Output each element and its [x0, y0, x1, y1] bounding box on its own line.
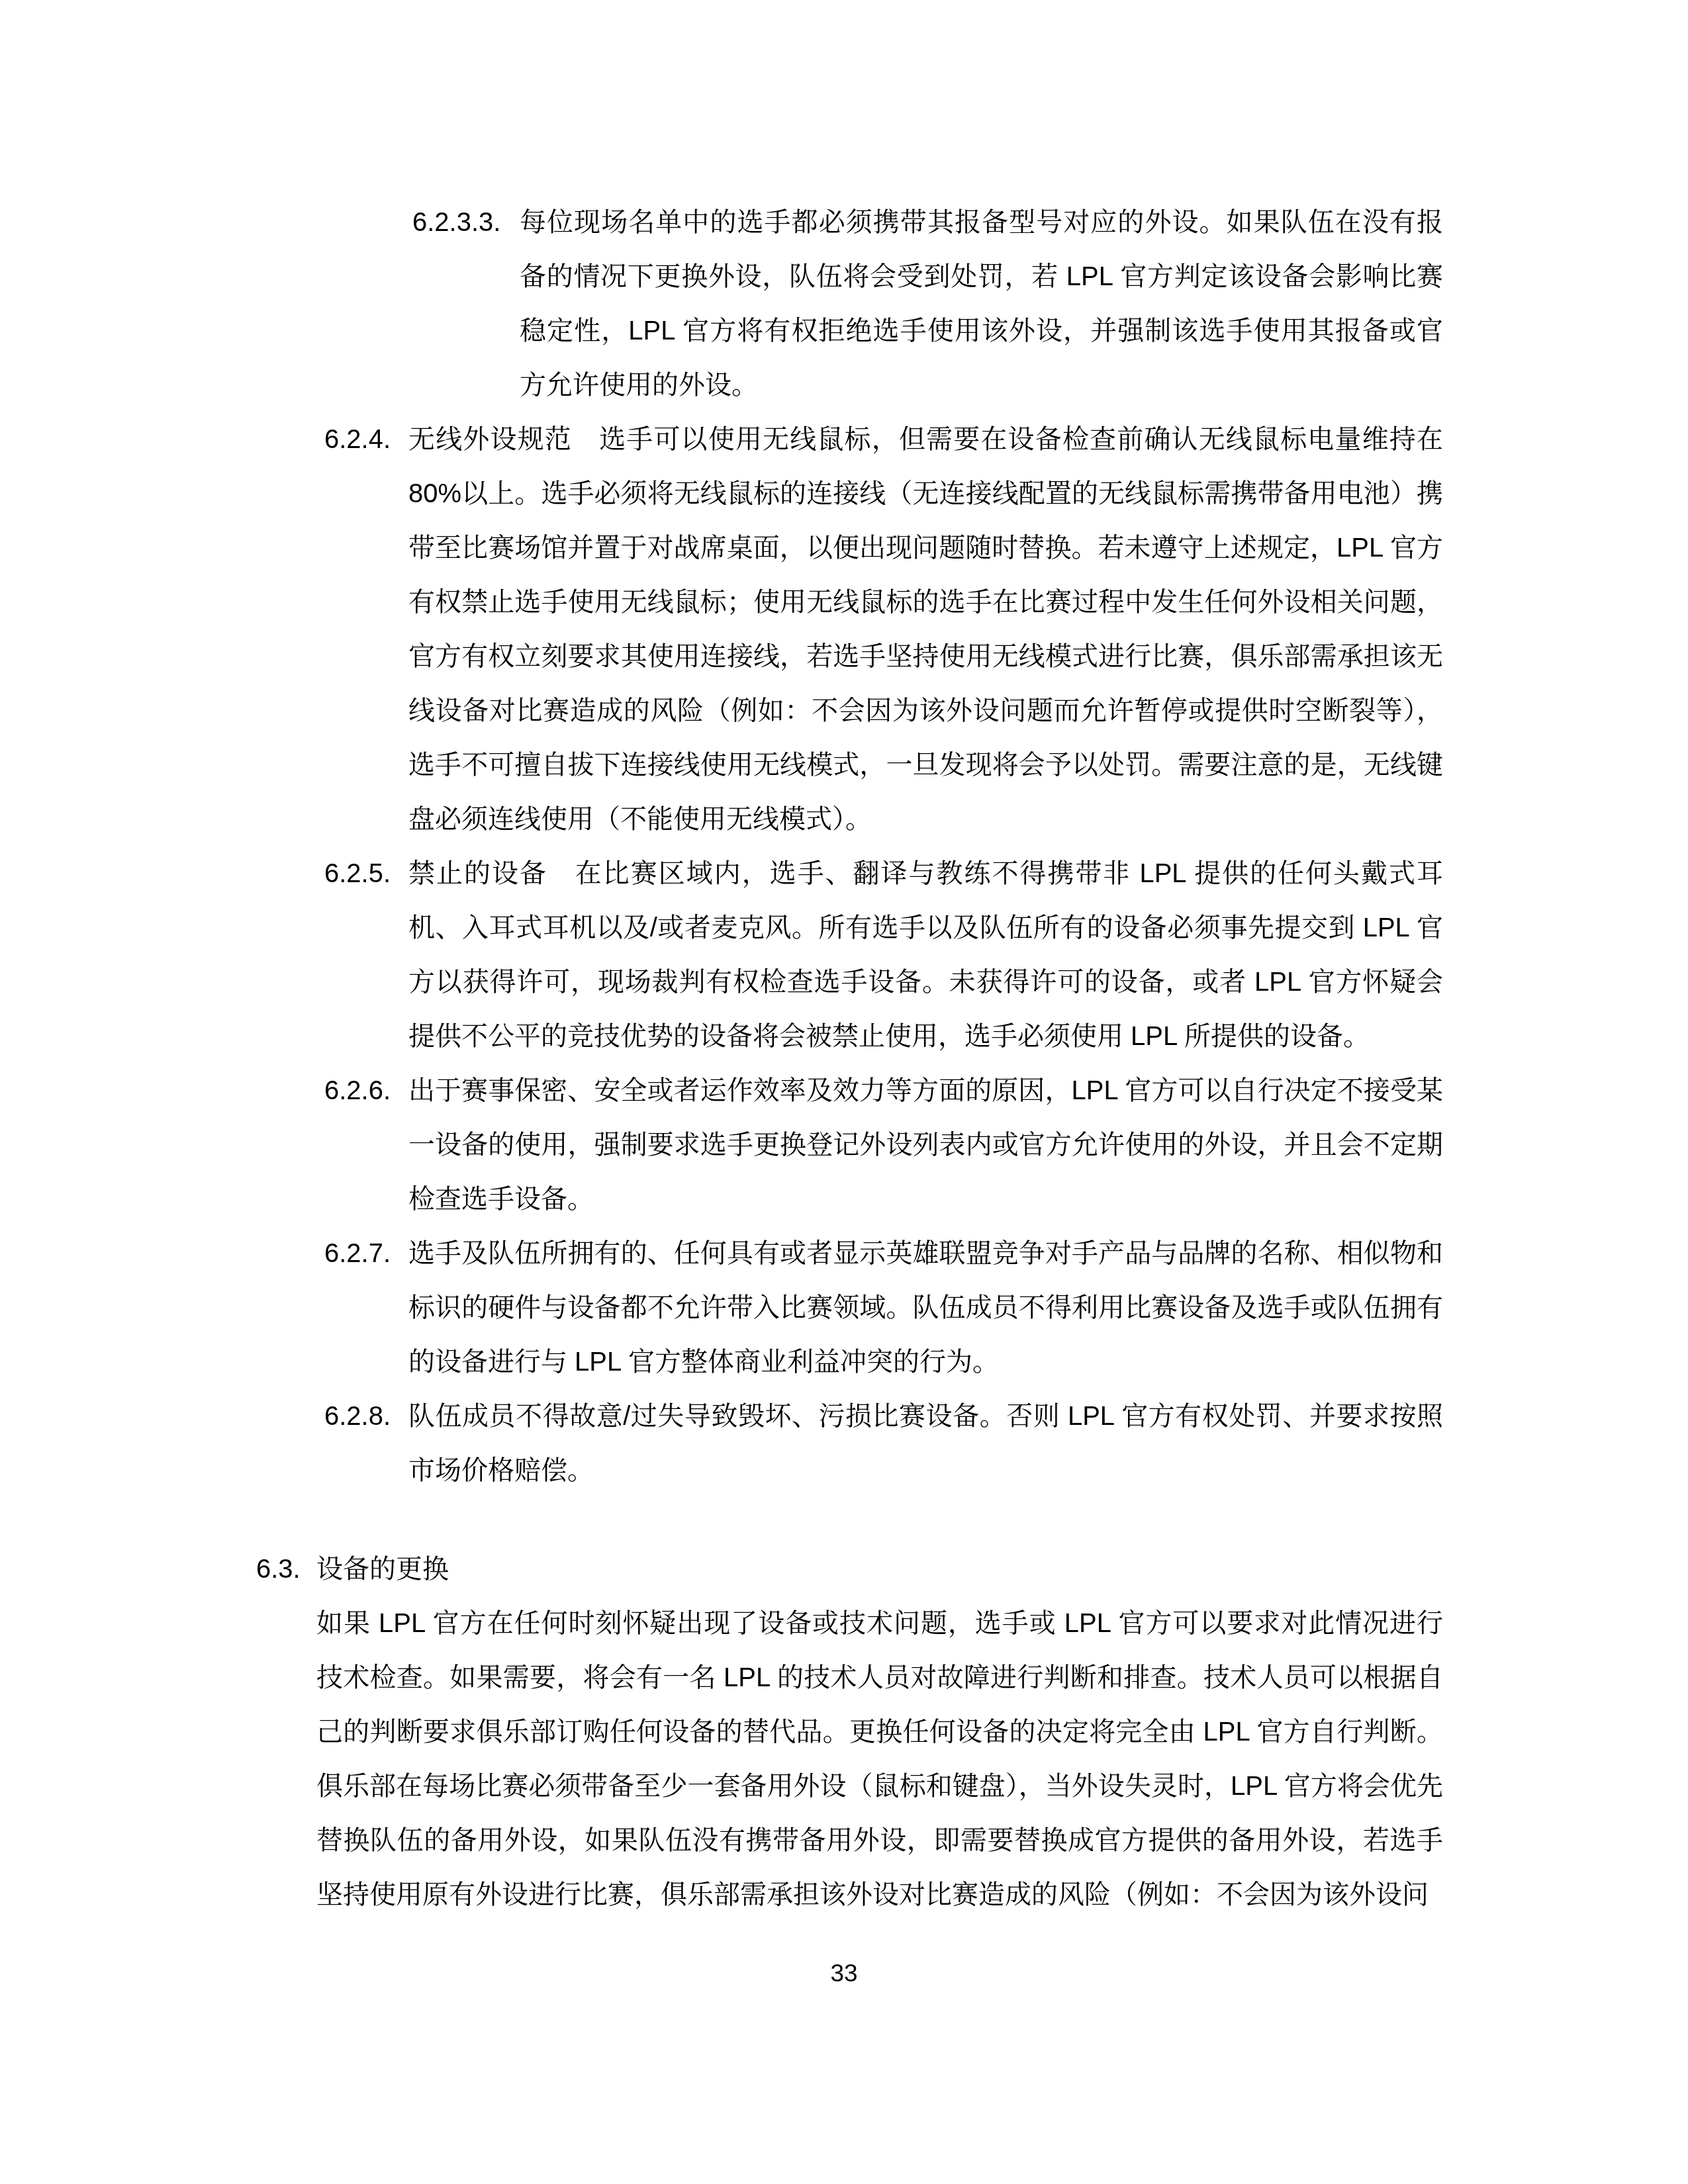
section-6-3-heading: 6.3. 设备的更换	[256, 1542, 1443, 1596]
section-6-3-paragraph: 如果 LPL 官方在任何时刻怀疑出现了设备或技术问题，选手或 LPL 官方可以要…	[316, 1596, 1443, 1922]
clause-number: 6.2.4.	[324, 412, 408, 467]
clause-number: 6.2.6.	[324, 1064, 408, 1118]
clause-number: 6.2.8.	[324, 1389, 408, 1443]
document-page: 6.2.3.3. 每位现场名单中的选手都必须携带其报备型号对应的外设。如果队伍在…	[0, 0, 1688, 2184]
clause-6-2-6: 6.2.6. 出于赛事保密、安全或者运作效率及效力等方面的原因，LPL 官方可以…	[324, 1064, 1443, 1226]
clause-text: 每位现场名单中的选手都必须携带其报备型号对应的外设。如果队伍在没有报备的情况下更…	[520, 195, 1443, 412]
clause-6-2-7: 6.2.7. 选手及队伍所拥有的、任何具有或者显示英雄联盟竞争对手产品与品牌的名…	[324, 1226, 1443, 1389]
clause-text: 选手及队伍所拥有的、任何具有或者显示英雄联盟竞争对手产品与品牌的名称、相似物和标…	[408, 1226, 1443, 1389]
clause-6-2-3-3: 6.2.3.3. 每位现场名单中的选手都必须携带其报备型号对应的外设。如果队伍在…	[412, 195, 1443, 412]
section-number: 6.3.	[256, 1542, 316, 1596]
clause-text: 禁止的设备 在比赛区域内，选手、翻译与教练不得携带非 LPL 提供的任何头戴式耳…	[408, 846, 1443, 1064]
clause-text: 出于赛事保密、安全或者运作效率及效力等方面的原因，LPL 官方可以自行决定不接受…	[408, 1064, 1443, 1226]
clause-number: 6.2.7.	[324, 1226, 408, 1281]
page-number: 33	[0, 1954, 1688, 1993]
clause-text: 队伍成员不得故意/过失导致毁坏、污损比赛设备。否则 LPL 官方有权处罚、并要求…	[408, 1389, 1443, 1498]
section-title: 设备的更换	[316, 1542, 449, 1596]
clause-text: 无线外设规范 选手可以使用无线鼠标，但需要在设备检查前确认无线鼠标电量维持在 8…	[408, 412, 1443, 846]
document-content: 6.2.3.3. 每位现场名单中的选手都必须携带其报备型号对应的外设。如果队伍在…	[256, 195, 1443, 1922]
clause-number: 6.2.3.3.	[412, 195, 520, 250]
clause-6-2-5: 6.2.5. 禁止的设备 在比赛区域内，选手、翻译与教练不得携带非 LPL 提供…	[324, 846, 1443, 1064]
clause-6-2-8: 6.2.8. 队伍成员不得故意/过失导致毁坏、污损比赛设备。否则 LPL 官方有…	[324, 1389, 1443, 1498]
clause-number: 6.2.5.	[324, 846, 408, 901]
clause-6-2-4: 6.2.4. 无线外设规范 选手可以使用无线鼠标，但需要在设备检查前确认无线鼠标…	[324, 412, 1443, 846]
